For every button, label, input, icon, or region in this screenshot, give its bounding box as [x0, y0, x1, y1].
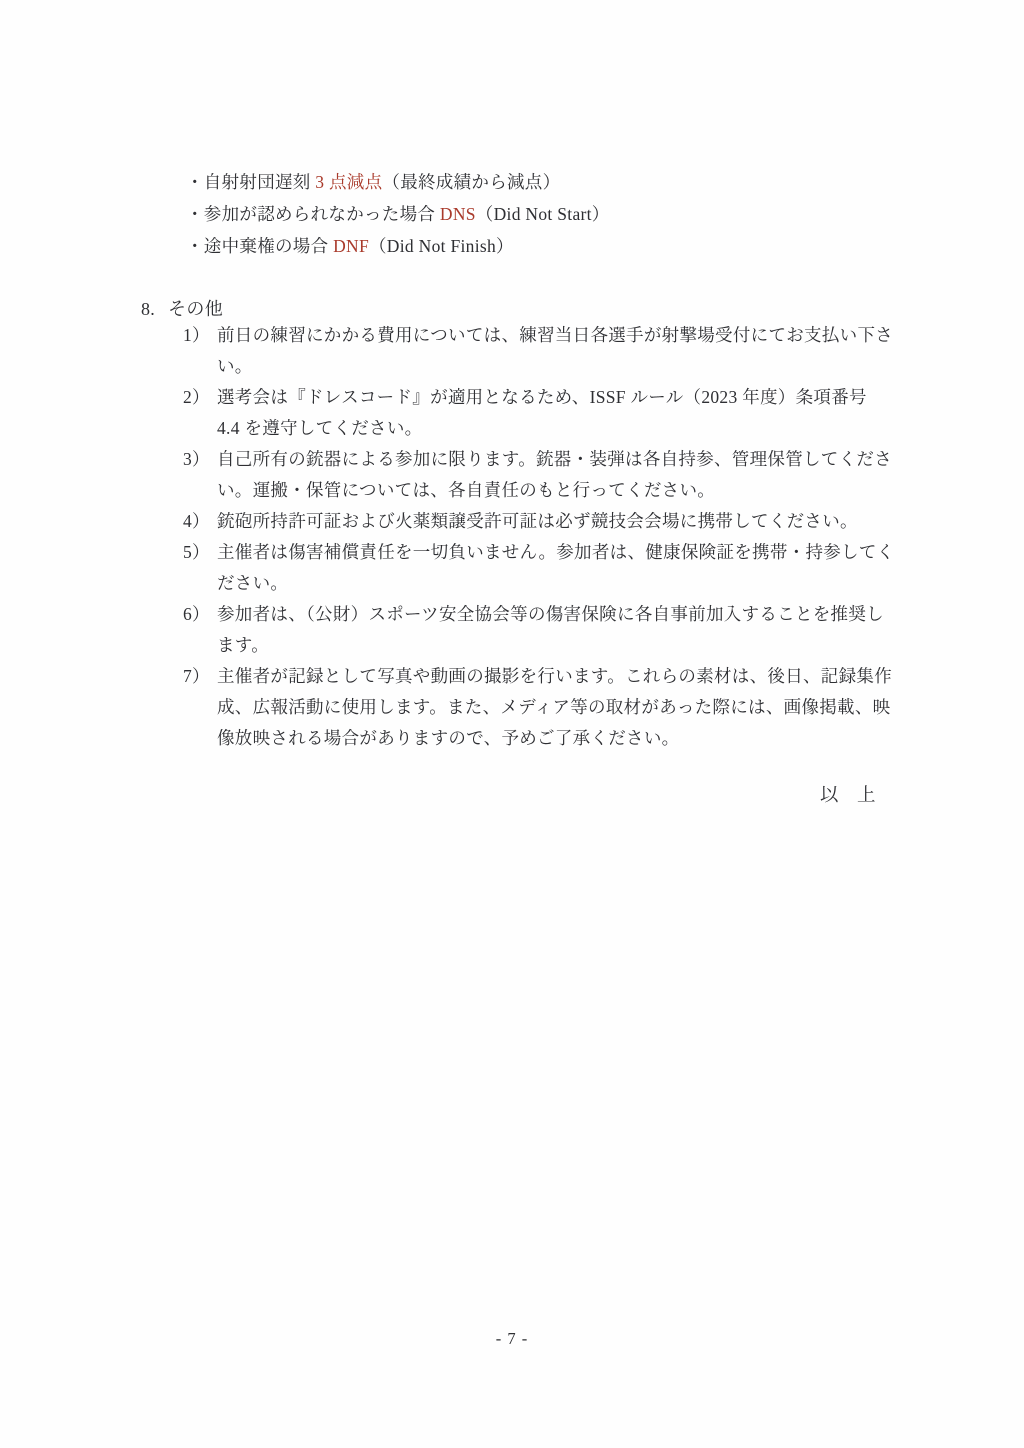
penalty-item: ・途中棄権の場合 DNF（Did Not Finish） [186, 230, 610, 262]
penalty-highlight: DNS [440, 204, 476, 224]
penalty-text: （Did Not Finish） [369, 236, 514, 256]
item-text-line: 参加者は、（公財）スポーツ安全協会等の傷害保険に各自事前加入することを推奨し [217, 599, 887, 630]
penalty-text: （最終成績から減点） [382, 172, 560, 192]
penalty-text: ・参加が認められなかった場合 [186, 204, 440, 224]
item-text: 参加者は、（公財）スポーツ安全協会等の傷害保険に各自事前加入することを推奨します… [217, 599, 887, 661]
document-page: ・自射射団遅刻 3 点減点（最終成績から減点）・参加が認められなかった場合 DN… [0, 0, 1024, 1448]
numbered-item: 4）銃砲所持許可証および火薬類譲受許可証は必ず競技会会場に携帯してください。 [183, 506, 887, 537]
section-heading: 8.その他 [141, 297, 223, 321]
item-number: 3） [183, 444, 217, 506]
item-number: 7） [183, 661, 217, 754]
penalty-text: ・自射射団遅刻 [186, 172, 315, 192]
item-number: 1） [183, 320, 217, 382]
item-text-line: 前日の練習にかかる費用については、練習当日各選手が射撃場受付にてお支払い下さ [217, 320, 887, 351]
item-number: 2） [183, 382, 217, 444]
item-text: 前日の練習にかかる費用については、練習当日各選手が射撃場受付にてお支払い下さい。 [217, 320, 887, 382]
numbered-item: 2）選考会は『ドレスコード』が適用となるため、ISSF ルール（2023 年度）… [183, 382, 887, 444]
penalty-highlight: DNF [333, 236, 369, 256]
item-text: 銃砲所持許可証および火薬類譲受許可証は必ず競技会会場に携帯してください。 [217, 506, 887, 537]
item-text-line: 自己所有の銃器による参加に限ります。銃器・装弾は各自持参、管理保管してくださ [217, 444, 887, 475]
section-items: 1）前日の練習にかかる費用については、練習当日各選手が射撃場受付にてお支払い下さ… [183, 320, 887, 754]
item-text-line: ださい。 [217, 568, 887, 599]
item-number: 4） [183, 506, 217, 537]
penalty-item: ・参加が認められなかった場合 DNS（Did Not Start） [186, 198, 610, 230]
item-text: 主催者が記録として写真や動画の撮影を行います。これらの素材は、後日、記録集作成、… [217, 661, 887, 754]
numbered-item: 5）主催者は傷害補償責任を一切負いません。参加者は、健康保険証を携帯・持参してく… [183, 537, 887, 599]
item-text-line: い。運搬・保管については、各自責任のもと行ってください。 [217, 475, 887, 506]
item-number: 6） [183, 599, 217, 661]
item-text-line: 銃砲所持許可証および火薬類譲受許可証は必ず競技会会場に携帯してください。 [217, 506, 887, 537]
penalty-list: ・自射射団遅刻 3 点減点（最終成績から減点）・参加が認められなかった場合 DN… [186, 166, 610, 262]
item-text-line: い。 [217, 351, 887, 382]
item-text-line: 主催者は傷害補償責任を一切負いません。参加者は、健康保険証を携帯・持参してく [217, 537, 887, 568]
item-text: 自己所有の銃器による参加に限ります。銃器・装弾は各自持参、管理保管してください。… [217, 444, 887, 506]
item-text-line: 選考会は『ドレスコード』が適用となるため、ISSF ルール（2023 年度）条項… [217, 382, 887, 413]
item-text-line: 4.4 を遵守してください。 [217, 413, 887, 444]
item-text-line: ます。 [217, 630, 887, 661]
numbered-item: 3）自己所有の銃器による参加に限ります。銃器・装弾は各自持参、管理保管してくださ… [183, 444, 887, 506]
item-text-line: 像放映される場合がありますので、予めご了承ください。 [217, 723, 887, 754]
numbered-item: 1）前日の練習にかかる費用については、練習当日各選手が射撃場受付にてお支払い下さ… [183, 320, 887, 382]
item-text-line: 成、広報活動に使用します。また、メディア等の取材があった際には、画像掲載、映 [217, 692, 887, 723]
page-number: - 7 - [0, 1328, 1024, 1350]
numbered-item: 7）主催者が記録として写真や動画の撮影を行います。これらの素材は、後日、記録集作… [183, 661, 887, 754]
closing-remark: 以 上 [820, 784, 876, 808]
item-number: 5） [183, 537, 217, 599]
section-title: その他 [168, 299, 223, 319]
penalty-highlight: 3 点減点 [315, 172, 382, 192]
penalty-text: （Did Not Start） [476, 204, 610, 224]
section-number: 8. [141, 299, 155, 319]
item-text: 選考会は『ドレスコード』が適用となるため、ISSF ルール（2023 年度）条項… [217, 382, 887, 444]
penalty-text: ・途中棄権の場合 [186, 236, 333, 256]
numbered-item: 6）参加者は、（公財）スポーツ安全協会等の傷害保険に各自事前加入することを推奨し… [183, 599, 887, 661]
item-text: 主催者は傷害補償責任を一切負いません。参加者は、健康保険証を携帯・持参してくださ… [217, 537, 887, 599]
penalty-item: ・自射射団遅刻 3 点減点（最終成績から減点） [186, 166, 610, 198]
item-text-line: 主催者が記録として写真や動画の撮影を行います。これらの素材は、後日、記録集作 [217, 661, 887, 692]
